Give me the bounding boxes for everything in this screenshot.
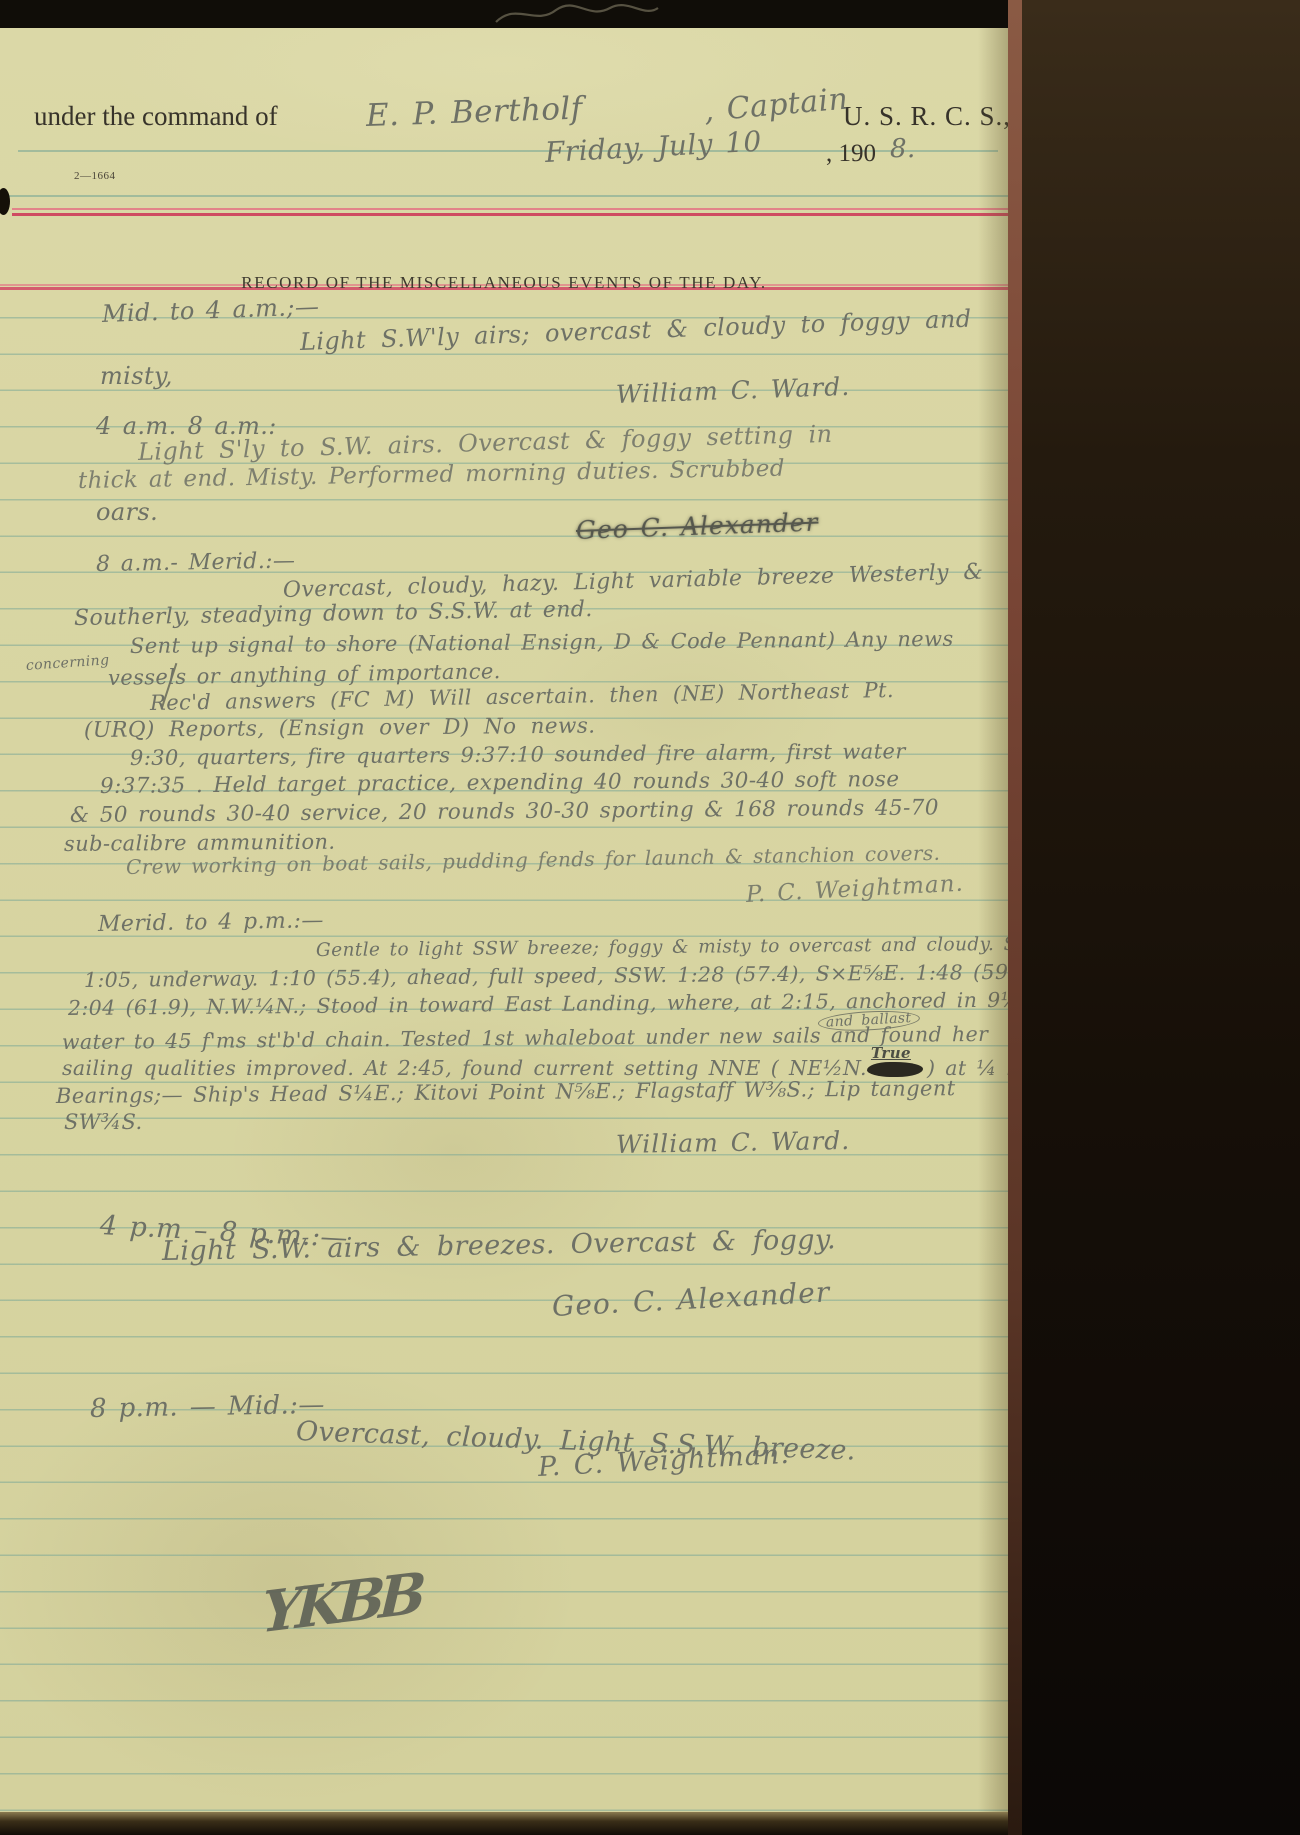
log-line: oars. [96,498,158,526]
log-line: 9:30, quarters, fire quarters 9:37:10 so… [130,739,906,770]
entry-time: Merid. to 4 p.m.:— [98,908,324,937]
page-right-shadow-band [1022,0,1300,1835]
command-prefix-label: under the command of [34,101,278,132]
log-line: misty, [100,362,173,390]
watch-signature: Geo. C. Alexander [551,1275,831,1323]
entry-time: 8 a.m.- Merid.:— [96,549,296,577]
watch-signature: P. C. Weightman. [745,871,964,908]
service-label: U. S. R. C. S., [843,101,1008,132]
previous-page-writing-fragment [492,0,662,27]
commander-name-handwritten: E. P. Bertholf [365,90,583,134]
punch-mark [0,188,10,215]
entry-time: Mid. to 4 a.m.;— [102,292,320,328]
monogram-flourish: YKBB [260,1560,422,1646]
year-printed-label: , 190 [826,140,876,168]
log-line: Sent up signal to shore (National Ensign… [130,627,954,658]
pink-rule-top-a [12,208,1008,210]
correction: True [867,1059,927,1075]
book-page-edges [1008,0,1022,1835]
record-heading: RECORD OF THE MISCELLANEOUS EVENTS OF TH… [0,273,1008,293]
log-line-text: sailing qualities improved. At 2:45, fou… [62,1056,867,1080]
margin-note-concerning: concerning [25,652,109,674]
log-line: (URQ) Reports, (Ensign over D) No news. [84,714,596,743]
log-line: SW¾S. [64,1110,143,1134]
log-paper: under the command of U. S. R. C. S., , 1… [0,28,1008,1812]
year-digit-handwritten: 8. [890,134,916,164]
watch-signature-struck: Geo C. Alexander [575,508,818,545]
watch-signature: William C. Ward. [615,372,850,409]
correction-word: True [871,1044,911,1062]
scribble-blot [867,1062,923,1077]
date-handwritten: Friday, July 10 [544,125,762,169]
rank-handwritten: , Captain [702,81,849,128]
entry-time: 8 p.m. — Mid.:— [90,1390,325,1424]
scanned-log-page: under the command of U. S. R. C. S., , 1… [0,0,1300,1835]
header-rule-2 [0,195,1008,197]
log-line: Bearings;— Ship's Head S¼E.; Kitovi Poin… [56,1076,956,1108]
log-line: Overcast, cloudy, hazy. Light variable b… [283,560,984,603]
log-line: Light S.W'ly airs; overcast & cloudy to … [300,305,972,356]
log-line: Southerly, steadying down to S.S.W. at e… [74,597,593,631]
log-line: water to 45 f'ms st'b'd chain. Tested 1s… [62,1022,989,1054]
page-bottom-shadow-band [0,1812,1008,1835]
log-line: & 50 rounds 30-40 service, 20 rounds 30-… [70,795,939,828]
log-line: Gentle to light SSW breeze; foggy & mist… [316,933,1008,961]
log-line: 1:05, underway. 1:10 (55.4), ahead, full… [84,959,1008,992]
watch-signature: William C. Ward. [616,1126,851,1159]
form-number: 2—1664 [74,170,116,182]
log-line: 9:37:35 . Held target practice, expendin… [100,767,900,799]
pink-rule-top-b [12,213,1008,216]
